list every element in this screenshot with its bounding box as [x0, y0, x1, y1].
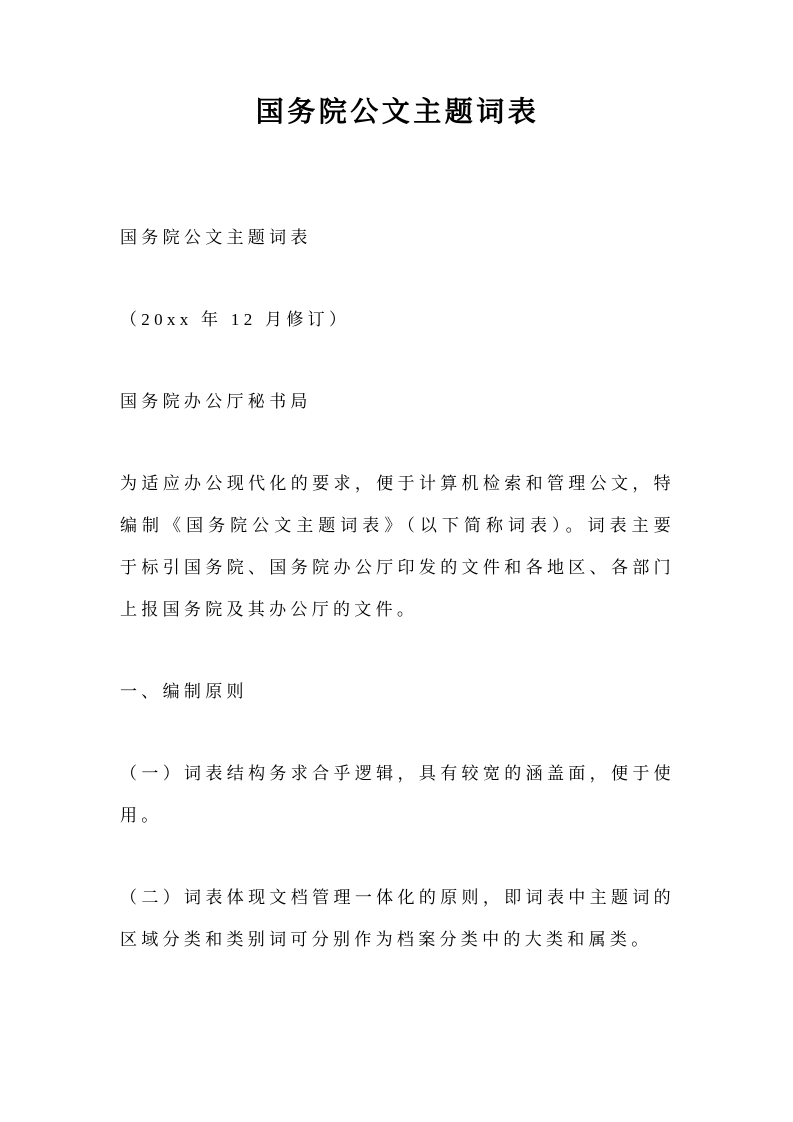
text-line: 区域分类和类别词可分别作为档案分类中的大类和属类。: [120, 919, 675, 961]
text-line: （20xx 年 12 月修订）: [120, 299, 675, 341]
paragraph-section-heading: 一、编制原则: [120, 671, 675, 713]
text-line: 于标引国务院、国务院办公厅印发的文件和各地区、各部门: [120, 547, 675, 589]
text-line: 国务院公文主题词表: [120, 217, 675, 259]
paragraph-principle-1: （一）词表结构务求合乎逻辑，具有较宽的涵盖面，便于使 用。: [120, 753, 675, 837]
text-line: 国务院办公厅秘书局: [120, 381, 675, 423]
text-line: （一）词表结构务求合乎逻辑，具有较宽的涵盖面，便于使: [120, 753, 675, 795]
text-line: 用。: [120, 795, 675, 837]
paragraph-principle-2: （二）词表体现文档管理一体化的原则，即词表中主题词的 区域分类和类别词可分别作为…: [120, 877, 675, 961]
document-page: 国务院公文主题词表 国务院公文主题词表 （20xx 年 12 月修订） 国务院办…: [0, 0, 793, 1122]
text-line: （二）词表体现文档管理一体化的原则，即词表中主题词的: [120, 877, 675, 919]
text-line: 上报国务院及其办公厅的文件。: [120, 589, 675, 631]
text-line: 一、编制原则: [120, 671, 675, 713]
paragraph-subtitle: 国务院公文主题词表: [120, 217, 675, 259]
paragraph-author-org: 国务院办公厅秘书局: [120, 381, 675, 423]
paragraph-intro: 为适应办公现代化的要求，便于计算机检索和管理公文，特 编制《国务院公文主题词表》…: [120, 463, 675, 631]
text-line: 为适应办公现代化的要求，便于计算机检索和管理公文，特: [120, 463, 675, 505]
document-title: 国务院公文主题词表: [120, 95, 675, 131]
text-line: 编制《国务院公文主题词表》（以下简称词表）。词表主要用: [120, 505, 675, 547]
paragraph-revision-date: （20xx 年 12 月修订）: [120, 299, 675, 341]
